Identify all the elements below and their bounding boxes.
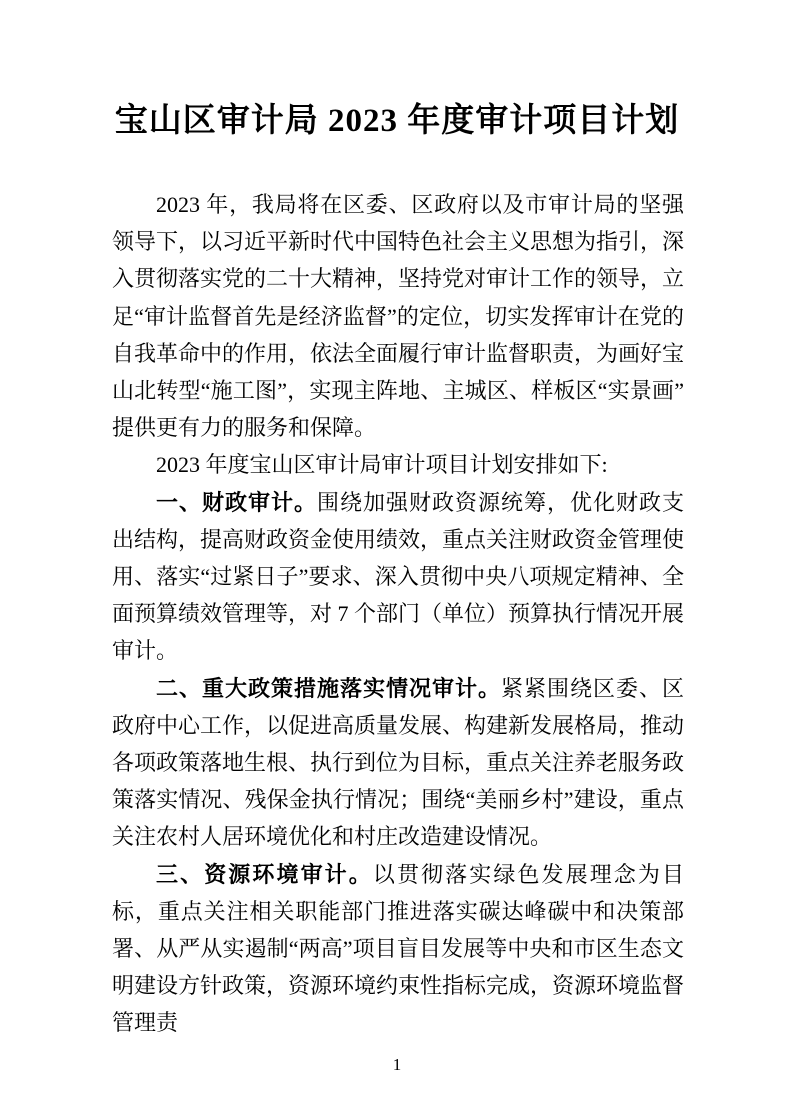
document-page: 宝山区审计局 2023 年度审计项目计划 2023 年，我局将在区委、区政府以及… [0, 0, 794, 1093]
paragraph-section-environment-audit: 三、资源环境审计。以贯彻落实绿色发展理念为目标，重点关注相关职能部门推进落实碳达… [112, 856, 684, 1042]
section-heading-policy-audit: 二、重大政策措施落实情况审计。 [156, 676, 501, 701]
paragraph-intro-text: 2023 年，我局将在区委、区政府以及市审计局的坚强领导下，以习近平新时代中国特… [112, 192, 684, 440]
paragraph-plan-note-text: 2023 年度宝山区审计局审计项目计划安排如下: [156, 452, 608, 477]
paragraph-section-policy-audit: 二、重大政策措施落实情况审计。紧紧围绕区委、区政府中心工作，以促进高质量发展、构… [112, 670, 684, 856]
section-heading-environment-audit: 三、资源环境审计。 [156, 862, 373, 887]
page-number: 1 [0, 1054, 794, 1076]
section-heading-fiscal-audit: 一、财政审计。 [156, 490, 317, 515]
section-text-fiscal-audit: 围绕加强财政资源统筹，优化财政支出结构，提高财政资金使用绩效，重点关注财政资金管… [112, 490, 684, 664]
document-title: 宝山区审计局 2023 年度审计项目计划 [0, 0, 794, 142]
paragraph-intro: 2023 年，我局将在区委、区政府以及市审计局的坚强领导下，以习近平新时代中国特… [112, 186, 684, 446]
section-text-environment-audit: 以贯彻落实绿色发展理念为目标，重点关注相关职能部门推进落实碳达峰碳中和决策部署、… [112, 862, 684, 1036]
document-body: 2023 年，我局将在区委、区政府以及市审计局的坚强领导下，以习近平新时代中国特… [112, 186, 684, 1042]
paragraph-section-fiscal-audit: 一、财政审计。围绕加强财政资源统筹，优化财政支出结构，提高财政资金使用绩效，重点… [112, 484, 684, 670]
section-text-policy-audit: 紧紧围绕区委、区政府中心工作，以促进高质量发展、构建新发展格局，推动各项政策落地… [112, 676, 684, 850]
paragraph-plan-note: 2023 年度宝山区审计局审计项目计划安排如下: [112, 446, 684, 483]
